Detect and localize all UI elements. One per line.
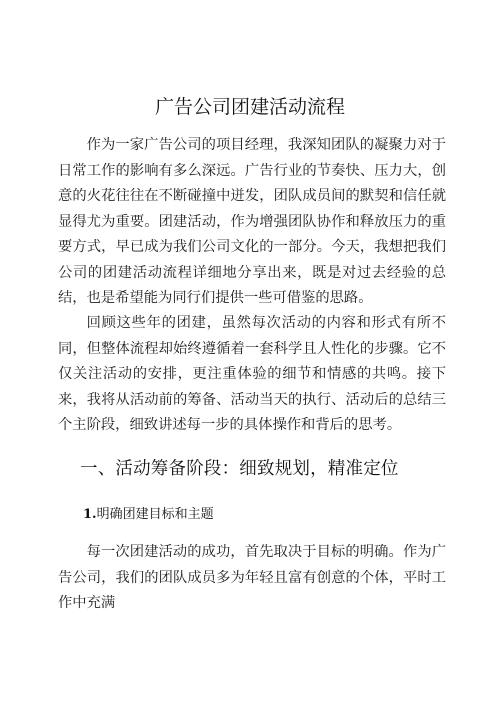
- subsection-number: 1.: [83, 507, 97, 522]
- subsection-heading-text: 明确团建目标和主题: [97, 507, 214, 522]
- goals-paragraph: 每一次团建活动的成功，首先取决于目标的明确。作为广告公司，我们的团队成员多为年轻…: [58, 540, 446, 617]
- intro-paragraph-2: 回顾这些年的团建，虽然每次活动的内容和形式有所不同，但整体流程却始终遵循着一套科…: [58, 311, 446, 439]
- subsection-heading-goals: 1.明确团建目标和主题: [83, 503, 214, 522]
- document-title: 广告公司团建活动流程: [0, 92, 500, 119]
- document-page: 广告公司团建活动流程 作为一家广告公司的项目经理，我深知团队的凝聚力对于日常工作…: [0, 0, 500, 707]
- section-heading-preparation: 一、活动筹备阶段：细致规划，精准定位: [80, 455, 399, 480]
- intro-paragraph-1: 作为一家广告公司的项目经理，我深知团队的凝聚力对于日常工作的影响有多么深远。广告…: [58, 133, 446, 312]
